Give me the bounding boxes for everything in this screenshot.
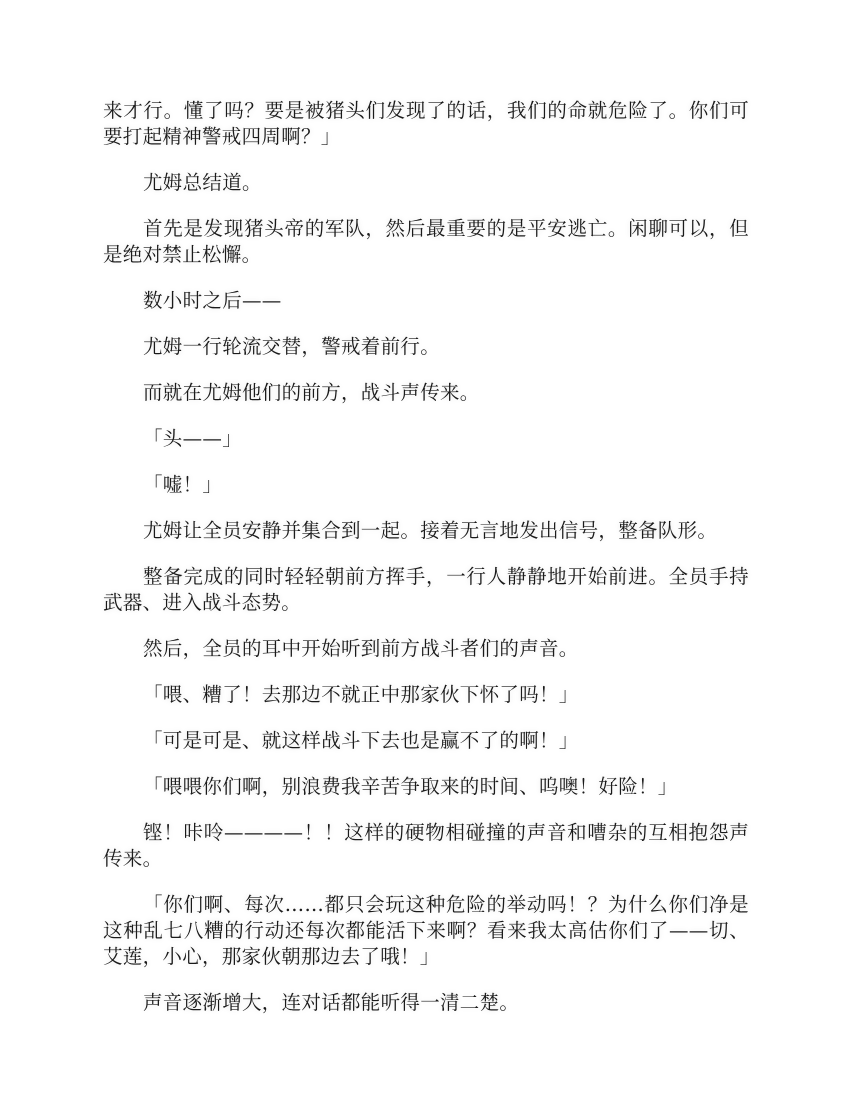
dialogue-line: 「喂喂你们啊，别浪费我辛苦争取来的时间、呜噢！好险！」 — [103, 774, 749, 800]
dialogue-line: 「可是可是、就这样战斗下去也是赢不了的啊！」 — [103, 728, 749, 754]
paragraph: 铿！咔呤————！！这样的硬物相碰撞的声音和嘈杂的互相抱怨声传来。 — [103, 820, 749, 872]
paragraph: 而就在尤姆他们的前方，战斗声传来。 — [103, 380, 749, 406]
paragraph: 尤姆总结道。 — [103, 170, 749, 196]
paragraph: 尤姆一行轮流交替，警戒着前行。 — [103, 334, 749, 360]
paragraph: 首先是发现猪头帝的军队，然后最重要的是平安逃亡。闲聊可以，但是绝对禁止松懈。 — [103, 216, 749, 268]
paragraph: 然后，全员的耳中开始听到前方战斗者们的声音。 — [103, 636, 749, 662]
paragraph: 尤姆让全员安静并集合到一起。接着无言地发出信号，整备队形。 — [103, 518, 749, 544]
paragraph: 来才行。懂了吗？要是被猪头们发现了的话，我们的命就危险了。你们可要打起精神警戒四… — [103, 98, 749, 150]
dialogue-line: 「嘘！」 — [103, 472, 749, 498]
paragraph: 数小时之后—— — [103, 288, 749, 314]
paragraph: 整备完成的同时轻轻朝前方挥手，一行人静静地开始前进。全员手持武器、进入战斗态势。 — [103, 564, 749, 616]
dialogue-line: 「喂、糟了！去那边不就正中那家伙下怀了吗！」 — [103, 682, 749, 708]
dialogue-line: 「你们啊、每次……都只会玩这种危险的举动吗！？为什么你们净是这种乱七八糟的行动还… — [103, 892, 749, 970]
document-page: 来才行。懂了吗？要是被猪头们发现了的话，我们的命就危险了。你们可要打起精神警戒四… — [103, 98, 749, 1036]
dialogue-line: 「头——」 — [103, 426, 749, 452]
paragraph: 声音逐渐增大，连对话都能听得一清二楚。 — [103, 990, 749, 1016]
